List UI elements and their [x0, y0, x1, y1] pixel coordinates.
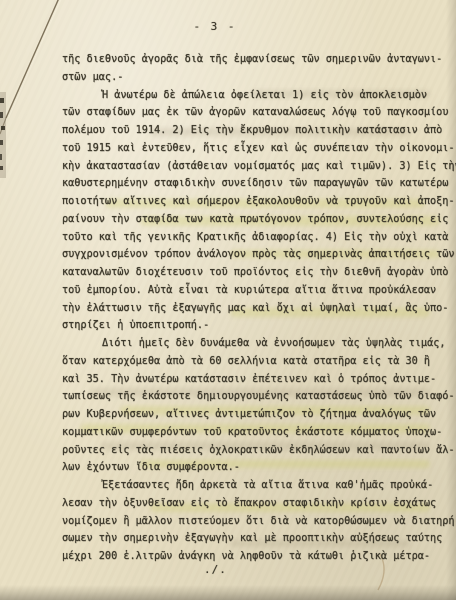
document-line: νομίζομεν ἢ μᾶλλον πιστεύομεν ὅτι διὰ νὰ… [62, 513, 456, 531]
document-line: καθυστερημένην σταφιδικὴν συνείδησιν τῶν… [62, 175, 456, 193]
document-line: τοῦ ἐμπορίου. Αὐτὰ εἶναι τὰ κυριώτερα αἴ… [62, 282, 456, 300]
document-line: τὴν ἐλάττωσιν τῆς ἐξαγωγῆς μας καὶ ὄχι α… [62, 300, 456, 318]
text-block: τῆς διεθνοῦς ἀγορᾶς διὰ τῆς ἐμφανίσεως τ… [62, 51, 456, 566]
document-line: λεσαν τὴν ὀξυνθεῖσαν εἰς τὸ ἔπακρον σταφ… [62, 495, 456, 513]
document-line: τοῦτο καὶ τῆς γενικῆς Κρατικῆς ἀδιαφορία… [62, 229, 456, 247]
document-line: στῶν μας.- [62, 69, 456, 87]
document-line: κὴν ἀκαταστασίαν (ἀστάθειαν νομίσματός μ… [62, 158, 456, 176]
continuation-mark: ./. [204, 563, 227, 576]
document-line: Διότι ἡμεῖς δὲν δυνάμεθα νὰ ἐννοήσωμεν τ… [62, 335, 456, 353]
document-line: λων ἐχόντων ἴδια συμφέροντα.- [62, 459, 456, 477]
document-line: τωπίσεως τῆς ἑκάστοτε δημιουργουμένης κα… [62, 388, 456, 406]
document-line: καταναλωτῶν διοχέτευσιν τοῦ προϊόντος εἰ… [62, 264, 456, 282]
document-line: ὅταν κατερχόμεθα ἀπὸ τὰ 60 σελλήνια κατὰ… [62, 353, 456, 371]
document-line: τοῦ 1915 καὶ ἐντεῦθεν, ἥτις εἶχεν καὶ ὡς… [62, 140, 456, 158]
document-line: σωμεν τὴν σημερινὴν ἐξαγωγὴν καὶ μὲ προο… [62, 530, 456, 548]
document-line: ραίνουν τὴν σταφίδα των κατὰ πρωτόγονον … [62, 211, 456, 229]
scanned-document-page: - 3 - τῆς διεθνοῦς ἀγορᾶς διὰ τῆς ἐμφανί… [0, 0, 456, 600]
document-line: Ἡ ἀνωτέρω δὲ ἀπώλεια ὀφείλεται 1) εἰς τὸ… [62, 87, 456, 105]
document-line: μέχρι 200 ἑ.λιτρῶν ἀνάγκη νὰ ληφθοῦν τὰ … [62, 548, 456, 566]
document-line: τῆς διεθνοῦς ἀγορᾶς διὰ τῆς ἐμφανίσεως τ… [62, 51, 456, 69]
document-line: ποιοτήτων αἵτινες καὶ σήμερον ἐξακολουθο… [62, 193, 456, 211]
document-line: καὶ 35. Τὴν ἀνωτέρω κατάστασιν ἐπέτεινεν… [62, 371, 456, 389]
document-line: ρων Κυβερνήσεων, αἵτινες ἀντιμετώπιζον τ… [62, 406, 456, 424]
document-line: Ἐξετάσαντες ἤδη ἀρκετὰ τὰ αἴτια ἅτινα κα… [62, 477, 456, 495]
document-line: πολέμου τοῦ 1914. 2) Εἰς τὴν ἔκρυθμον πο… [62, 122, 456, 140]
document-line: κομματικῶν συμφερόντων τοῦ κρατοῦντος ἑκ… [62, 424, 456, 442]
document-line: τῶν σταφίδων μας ἐκ τῶν ἀγορῶν καταναλώσ… [62, 104, 456, 122]
document-line: ροῦντες εἰς τὰς πιέσεις ὀχλοκρατικῶν ἐκδ… [62, 442, 456, 460]
document-line: συγχρονισμένον τρόπον ἀνάλογον πρὸς τὰς … [62, 246, 456, 264]
page-number: - 3 - [0, 20, 430, 33]
document-line: στηρίζει ἡ ὑποεπιτροπή.- [62, 317, 456, 335]
